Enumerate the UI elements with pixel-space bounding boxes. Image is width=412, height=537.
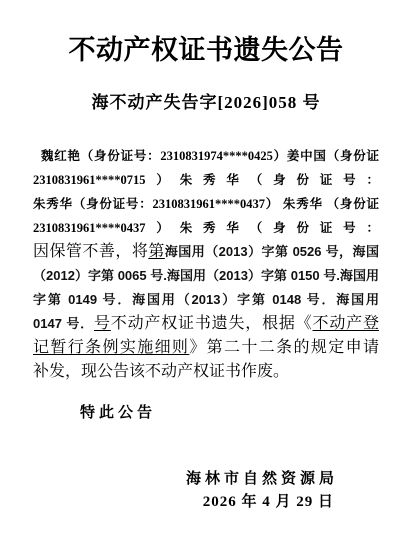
underlined-text-run: 记暂行条例实施细则 bbox=[33, 339, 189, 356]
body-line: 朱秀华（身份证号：2310831961****0437） 朱秀华 （身份证号： bbox=[33, 192, 379, 216]
body-line: 因保管不善，将第海国用（2013）字第 0526 号，海国用 bbox=[33, 240, 379, 264]
body-line: 记暂行条例实施细则》第二十二条的规定申请 bbox=[33, 336, 379, 360]
underlined-text-run: 号 bbox=[94, 315, 111, 332]
text-run: 不动产权证书遗失，根据《 bbox=[111, 315, 313, 332]
body-line: 魏红艳（身份证号：2310831974****0425）姜中国（身份证号： bbox=[33, 144, 379, 168]
text-run: （2012）字第 0065 号.海国用（2013）字第 0150 号.海国用（2… bbox=[33, 268, 379, 288]
text-run: 0147 号． bbox=[33, 316, 94, 331]
body-line: 2310831961****0437）朱秀华（身份证号：2310831961**… bbox=[33, 216, 379, 240]
text-run: 2310831961****0715）朱秀华（身份证号：2310831961**… bbox=[33, 173, 379, 192]
text-run: 字第 0149 号．海国用（2013）字第 0148 号．海国用（2013）第 bbox=[33, 292, 379, 312]
body-text: 魏红艳（身份证号：2310831974****0425）姜中国（身份证号：231… bbox=[33, 144, 379, 384]
body-line: （2012）字第 0065 号.海国用（2013）字第 0150 号.海国用（2… bbox=[33, 264, 379, 288]
body-line: 补发，现公告该不动产权证书作废。 bbox=[33, 360, 379, 384]
closing-phrase: 特此公告 bbox=[80, 403, 379, 424]
text-run: 补发，现公告该不动产权证书作废。 bbox=[33, 363, 289, 380]
text-run: 2310831961****0437）朱秀华（身份证号：2310831961**… bbox=[33, 221, 379, 240]
issuer-name: 海林市自然资源局 bbox=[33, 469, 338, 489]
text-run: 》第二十二条的规定申请 bbox=[189, 339, 379, 356]
body-line: 2310831961****0715）朱秀华（身份证号：2310831961**… bbox=[33, 168, 379, 192]
document-number: 海不动产失告字[2026]058 号 bbox=[33, 92, 379, 114]
body-line: 字第 0149 号．海国用（2013）字第 0148 号．海国用（2013）第 bbox=[33, 288, 379, 312]
announcement-document: 不动产权证书遗失公告 海不动产失告字[2026]058 号 魏红艳（身份证号：2… bbox=[0, 0, 412, 537]
underlined-text-run: 不动产登 bbox=[313, 315, 379, 332]
issue-date: 2026 年 4 月 29 日 bbox=[33, 491, 334, 514]
text-run: 因保管不善，将 bbox=[33, 243, 148, 260]
body-line: 0147 号．号不动产权证书遗失，根据《不动产登 bbox=[33, 312, 379, 336]
text-run: 朱秀华（身份证号：2310831961****0437） 朱秀华 （身份证号： bbox=[33, 197, 379, 216]
text-run: 魏红艳（身份证号：2310831974****0425）姜中国（身份证号： bbox=[33, 149, 379, 168]
signature-block: 海林市自然资源局 2026 年 4 月 29 日 bbox=[33, 469, 379, 514]
document-title: 不动产权证书遗失公告 bbox=[33, 34, 379, 66]
underlined-text-run: 第 bbox=[148, 243, 164, 260]
